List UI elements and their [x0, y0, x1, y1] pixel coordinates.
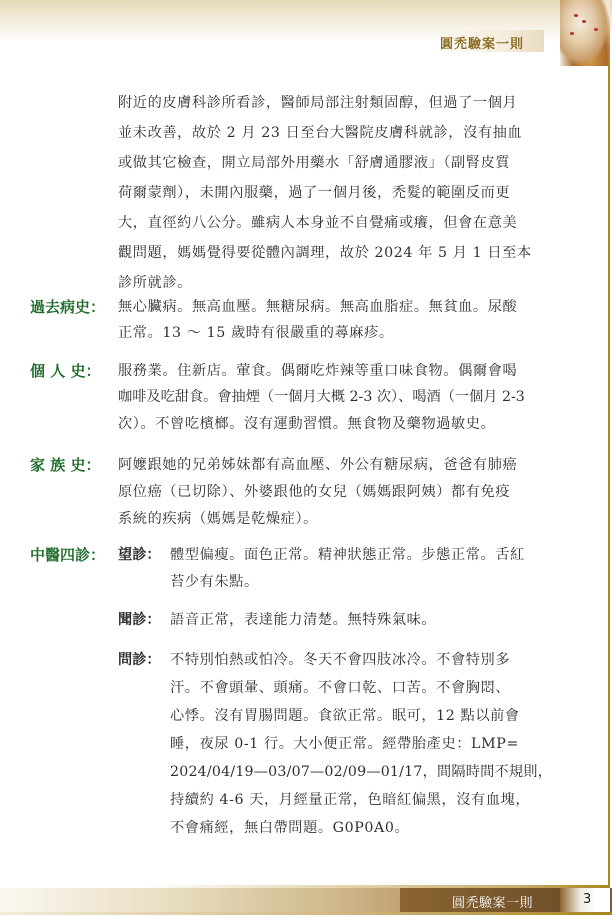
text-line: 次）。不曾吃檳榔。沒有運動習慣。無食物及藥物過敏史。 — [118, 414, 495, 434]
herbal-soup-photo — [560, 0, 610, 66]
right-gold-rule — [608, 60, 610, 912]
section-label: 個 人 史： — [30, 361, 100, 381]
header-running-title: 圓禿驗案一則 — [440, 33, 524, 52]
text-line: 原位癌（已切除）、外婆跟他的女兒（媽媽跟阿姨）都有免疫 — [118, 482, 510, 502]
text-line: 咖啡及吃甜食。會抽煙（一個月大概 2-3 次）、喝酒（一個月 2-3 — [118, 387, 525, 407]
section-label: 中醫四診： — [30, 545, 105, 565]
sub-label: 聞診： — [118, 610, 161, 630]
text-line: 心悸。沒有胃腸問題。食欲正常。眠可，12 點以前會 — [170, 706, 520, 726]
text-line: 睡，夜尿 0-1 行。大小便正常。經帶胎產史：LMP= — [170, 734, 519, 754]
text-line: 並未改善，故於 2 月 23 日至台大醫院皮膚科就診，沒有抽血 — [118, 123, 522, 143]
text-line: 不會痛經，無白帶問題。G0P0A0。 — [170, 818, 409, 838]
sub-label: 問診： — [118, 650, 161, 670]
footer-running-title: 圓禿驗案一則 — [452, 892, 533, 911]
page-number: 3 — [583, 892, 591, 907]
text-line: 語音正常，表達能力清楚。無特殊氣味。 — [170, 610, 436, 630]
text-line: 苔少有朱點。 — [170, 572, 259, 592]
text-line: 無心臟病。無高血壓。無糖尿病。無高血脂症。無貧血。尿酸 — [118, 297, 517, 317]
text-line: 正常。13 ～ 15 歲時有很嚴重的蕁麻疹。 — [118, 323, 394, 343]
photo-detail — [582, 20, 586, 23]
text-line: 診所就診。 — [118, 273, 192, 293]
text-line: 不特別怕熱或怕冷。冬天不會四肢冰冷。不會特別多 — [170, 650, 510, 670]
text-line: 阿嬤跟她的兄弟姊妹都有高血壓、外公有糖尿病，爸爸有肺癌 — [118, 455, 517, 475]
text-line: 觀問題，媽媽覺得要從體內調理，故於 2024 年 5 月 1 日至本 — [118, 243, 532, 263]
section-label: 家 族 史： — [30, 455, 100, 475]
text-line: 大，直徑約八公分。雖病人本身並不自覺痛或癢，但會在意美 — [118, 213, 517, 233]
text-line: 汗。不會頭暈、頭痛。不會口乾、口苦。不會胸悶、 — [170, 678, 510, 698]
text-line: 服務業。住新店。葷食。偶爾吃炸辣等重口味食物。偶爾會喝 — [118, 361, 517, 381]
sub-label: 望診： — [118, 545, 161, 565]
text-line: 荷爾蒙劑），未開內服藥，過了一個月後，禿髮的範圍反而更 — [118, 183, 510, 203]
text-line: 或做其它檢查，開立局部外用藥水「舒膚通膠液」（副腎皮質 — [118, 153, 510, 173]
photo-detail — [574, 14, 578, 17]
photo-detail — [594, 28, 598, 31]
section-label: 過去病史： — [30, 297, 105, 317]
text-line: 附近的皮膚科診所看診，醫師局部注射類固醇，但過了一個月 — [118, 93, 517, 113]
text-line: 2024/04/19—03/07—02/09—01/17，間隔時間不規則， — [170, 762, 552, 782]
footer-bottom-rule — [0, 912, 612, 915]
text-line: 持續約 4-6 天，月經量正常，色暗紅偏黑，沒有血塊， — [170, 790, 530, 810]
photo-detail — [570, 32, 574, 35]
text-line: 體型偏瘦。面色正常。精神狀態正常。步態正常。舌紅 — [170, 545, 525, 565]
text-line: 系統的疾病（媽媽是乾燥症）。 — [118, 509, 318, 529]
